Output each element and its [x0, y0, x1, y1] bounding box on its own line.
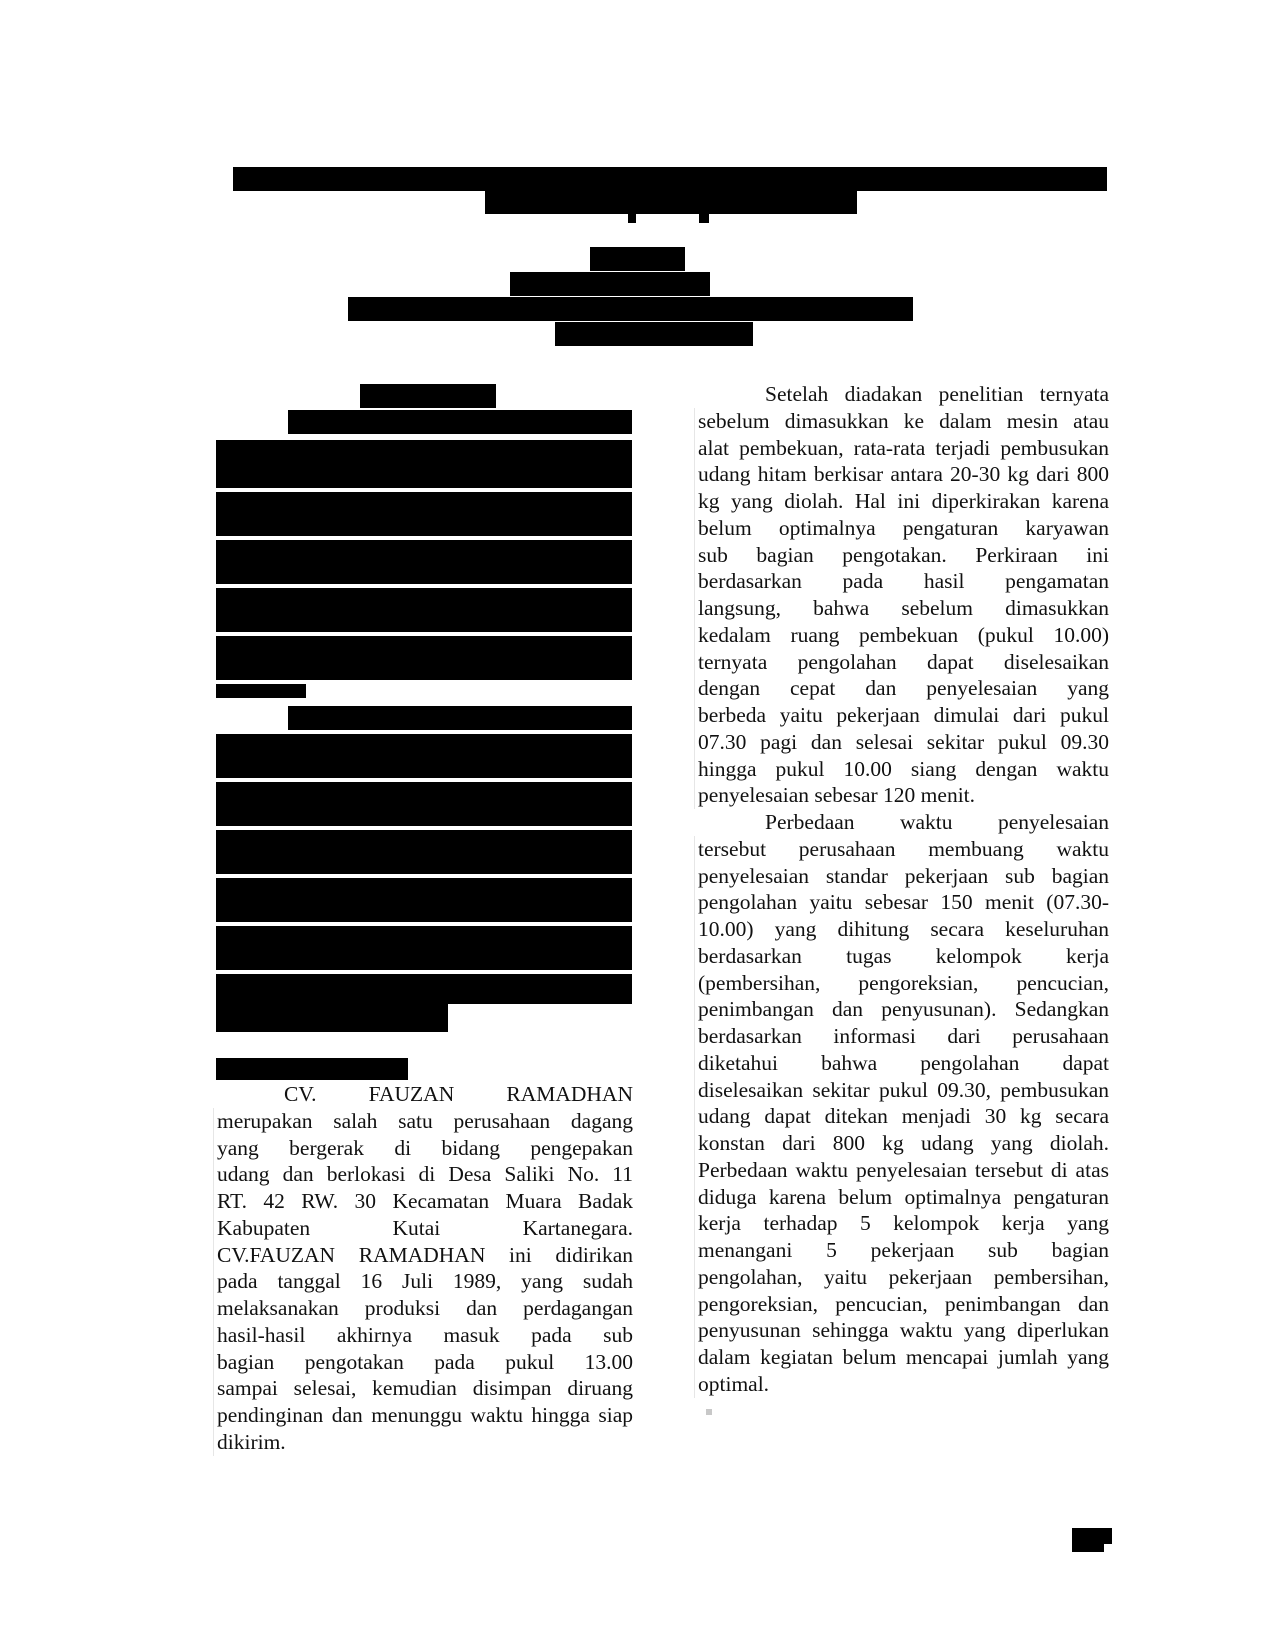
text-line: penyelesaian sebesar 120 menit. [694, 782, 1109, 809]
text-line: pada tanggal 16 Juli 1989, yang sudah [213, 1268, 633, 1295]
text-line: belum optimalnya pengaturan karyawan [694, 515, 1109, 542]
text-line: merupakan salah satu perusahaan dagang [213, 1108, 633, 1135]
text-line: melaksanakan produksi dan perdagangan [213, 1295, 633, 1322]
text-line: Perbedaan waktu penyelesaian tersebut di… [694, 1157, 1109, 1184]
text-line: Setelah diadakan penelitian ternyata [694, 381, 1109, 408]
text-line: konstan dari 800 kg udang yang diolah. [694, 1130, 1109, 1157]
text-line: CV. FAUZAN RAMADHAN [213, 1081, 633, 1108]
text-line: bagian pengotakan pada pukul 13.00 [213, 1349, 633, 1376]
text-line: penyusunan sehingga waktu yang diperluka… [694, 1317, 1109, 1344]
text-line: kedalam ruang pembekuan (pukul 10.00) [694, 622, 1109, 649]
text-line: ternyata pengolahan dapat diselesaikan [694, 649, 1109, 676]
text-line: penyelesaian standar pekerjaan sub bagia… [694, 863, 1109, 890]
text-line: tersebut perusahaan membuang waktu [694, 836, 1109, 863]
right-column-body: Setelah diadakan penelitian ternyata seb… [694, 381, 1109, 1398]
text-line: sub bagian pengotakan. Perkiraan ini [694, 542, 1109, 569]
text-line: pengoreksian, pencucian, penimbangan dan [694, 1291, 1109, 1318]
text-line: berdasarkan informasi dari perusahaan [694, 1023, 1109, 1050]
text-line: kerja terhadap 5 kelompok kerja yang [694, 1210, 1109, 1237]
text-line: RT. 42 RW. 30 Kecamatan Muara Badak [213, 1188, 633, 1215]
text-line: 10.00) yang dihitung secara keseluruhan [694, 916, 1109, 943]
text-line: pengolahan, yaitu pekerjaan pembersihan, [694, 1264, 1109, 1291]
text-line: optimal. [694, 1371, 1109, 1398]
text-line: dalam kegiatan belum mencapai jumlah yan… [694, 1344, 1109, 1371]
text-line: pengolahan yaitu sebesar 150 menit (07.3… [694, 889, 1109, 916]
text-line: pendinginan dan menunggu waktu hingga si… [213, 1402, 633, 1429]
text-line: Perbedaan waktu penyelesaian [694, 809, 1109, 836]
text-line: sampai selesai, kemudian disimpan diruan… [213, 1375, 633, 1402]
text-line: langsung, bahwa sebelum dimasukkan [694, 595, 1109, 622]
text-line: 07.30 pagi dan selesai sekitar pukul 09.… [694, 729, 1109, 756]
text-line: menangani 5 pekerjaan sub bagian [694, 1237, 1109, 1264]
text-line: yang bergerak di bidang pengepakan [213, 1135, 633, 1162]
text-line: CV.FAUZAN RAMADHAN ini didirikan [213, 1242, 633, 1269]
text-line: diduga karena belum optimalnya pengatura… [694, 1184, 1109, 1211]
text-line: diselesaikan sekitar pukul 09.30, pembus… [694, 1077, 1109, 1104]
text-line: berdasarkan pada hasil pengamatan [694, 568, 1109, 595]
left-column-body: CV. FAUZAN RAMADHAN merupakan salah satu… [213, 1081, 633, 1456]
text-line: udang dapat ditekan menjadi 30 kg secara [694, 1103, 1109, 1130]
text-line: berdasarkan tugas kelompok kerja [694, 943, 1109, 970]
text-line: alat pembekuan, rata-rata terjadi pembus… [694, 435, 1109, 462]
text-line: dengan cepat dan penyelesaian yang [694, 675, 1109, 702]
text-line: hasil-hasil akhirnya masuk pada sub [213, 1322, 633, 1349]
text-line: Kabupaten Kutai Kartanegara. [213, 1215, 633, 1242]
text-line: sebelum dimasukkan ke dalam mesin atau [694, 408, 1109, 435]
text-line: hingga pukul 10.00 siang dengan waktu [694, 756, 1109, 783]
section-heading-redacted [216, 1058, 408, 1080]
text-line: berbeda yaitu pekerjaan dimulai dari puk… [694, 702, 1109, 729]
text-line: udang dan berlokasi di Desa Saliki No. 1… [213, 1161, 633, 1188]
text-line: penimbangan dan penyusunan). Sedangkan [694, 996, 1109, 1023]
text-line: dikirim. [213, 1429, 633, 1456]
text-cursor-mark [706, 1409, 712, 1415]
text-line: udang hitam berkisar antara 20-30 kg dar… [694, 461, 1109, 488]
text-line: (pembersihan, pengoreksian, pencucian, [694, 970, 1109, 997]
text-line: diketahui bahwa pengolahan dapat [694, 1050, 1109, 1077]
text-line: kg yang diolah. Hal ini diperkirakan kar… [694, 488, 1109, 515]
